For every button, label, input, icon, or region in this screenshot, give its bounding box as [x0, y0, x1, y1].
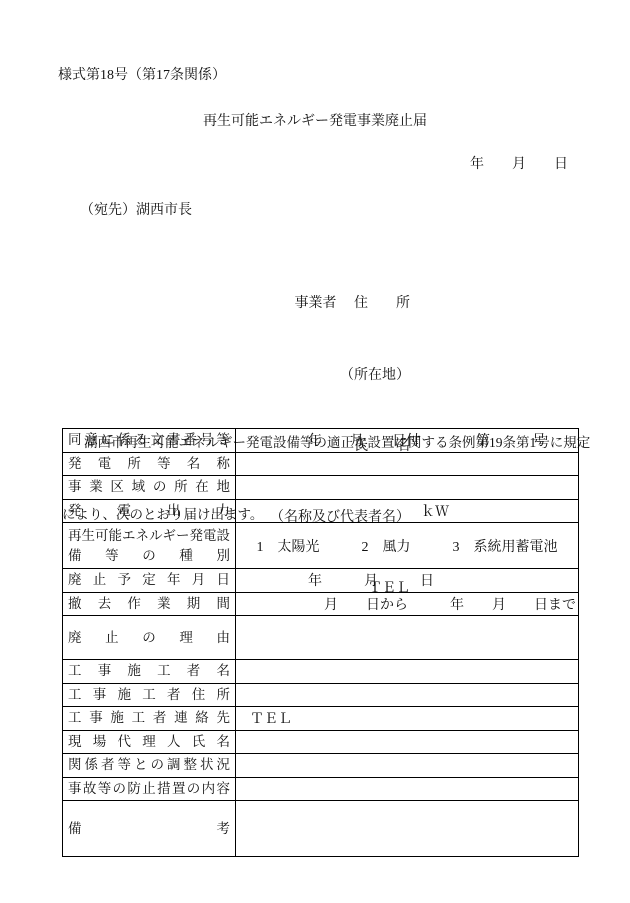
- row-label-accident-prevention: 事故等の防止措置の内容: [63, 777, 236, 801]
- document-title: 再生可能エネルギー発電事業廃止届: [0, 110, 630, 130]
- table-row: 同意に係る文書番号等 年 月 日付 第 号: [63, 429, 579, 453]
- row-value-removal-period: 月 日から 年 月 日まで: [236, 592, 579, 616]
- addressee-line: （宛先）湖西市長: [80, 199, 192, 219]
- table-row: 工事施工者名: [63, 660, 579, 684]
- row-label-remarks: 備考: [63, 801, 236, 857]
- row-label-output: 発電出力: [63, 499, 236, 523]
- row-value-remarks: [236, 801, 579, 857]
- row-label-removal-period: 撤去作業期間: [63, 592, 236, 616]
- row-value-contractor-address: [236, 683, 579, 707]
- row-value-output: ｋＷ: [236, 499, 579, 523]
- row-label-contractor-name: 工事施工者名: [63, 660, 236, 684]
- notification-form-table: 同意に係る文書番号等 年 月 日付 第 号 発電所等名称 事業区域の所在地 発電…: [62, 428, 579, 857]
- row-value-site-agent: [236, 730, 579, 754]
- row-label-contractor-contact: 工事施工者連絡先: [63, 707, 236, 731]
- row-value-business-area: [236, 476, 579, 500]
- table-row: 発電所等名称: [63, 452, 579, 476]
- table-row: 関係者等との調整状況: [63, 754, 579, 778]
- table-row: 再生可能エネルギー発電設備等の種別 1 太陽光 2 風力 3 系統用蓄電池: [63, 523, 579, 569]
- row-label-document-number: 同意に係る文書番号等: [63, 429, 236, 453]
- row-value-contractor-contact: ＴＥＬ: [236, 707, 579, 731]
- table-row: 工事施工者住所: [63, 683, 579, 707]
- row-value-accident-prevention: [236, 777, 579, 801]
- table-row: 工事施工者連絡先 ＴＥＬ: [63, 707, 579, 731]
- row-value-contractor-name: [236, 660, 579, 684]
- row-label-planned-date: 廃止予定年月日: [63, 569, 236, 593]
- row-value-discontinuation-reason: [236, 616, 579, 660]
- row-label-plant-name: 発電所等名称: [63, 452, 236, 476]
- row-label-facility-type: 再生可能エネルギー発電設備等の種別: [63, 523, 236, 569]
- date-line: 年 月 日: [470, 153, 568, 173]
- row-value-stakeholder-coordination: [236, 754, 579, 778]
- table-row: 現場代理人氏名: [63, 730, 579, 754]
- table-row: 事故等の防止措置の内容: [63, 777, 579, 801]
- table-row: 廃止予定年月日 年 月 日: [63, 569, 579, 593]
- table-row: 事業区域の所在地: [63, 476, 579, 500]
- row-label-discontinuation-reason: 廃止の理由: [63, 616, 236, 660]
- applicant-address-label: 事業者 住 所: [270, 292, 410, 316]
- table-row: 発電出力 ｋＷ: [63, 499, 579, 523]
- form-number: 様式第18号（第17条関係）: [58, 64, 226, 84]
- table-row: 廃止の理由: [63, 616, 579, 660]
- row-value-planned-date: 年 月 日: [236, 569, 579, 593]
- row-value-plant-name: [236, 452, 579, 476]
- document-page: 様式第18号（第17条関係） 再生可能エネルギー発電事業廃止届 年 月 日 （宛…: [0, 0, 630, 903]
- row-label-stakeholder-coordination: 関係者等との調整状況: [63, 754, 236, 778]
- table-row: 備考: [63, 801, 579, 857]
- row-label-site-agent: 現場代理人氏名: [63, 730, 236, 754]
- row-label-business-area: 事業区域の所在地: [63, 476, 236, 500]
- row-label-contractor-address: 工事施工者住所: [63, 683, 236, 707]
- row-value-facility-type: 1 太陽光 2 風力 3 系統用蓄電池: [236, 523, 579, 569]
- table-row: 撤去作業期間 月 日から 年 月 日まで: [63, 592, 579, 616]
- row-value-document-number: 年 月 日付 第 号: [236, 429, 579, 453]
